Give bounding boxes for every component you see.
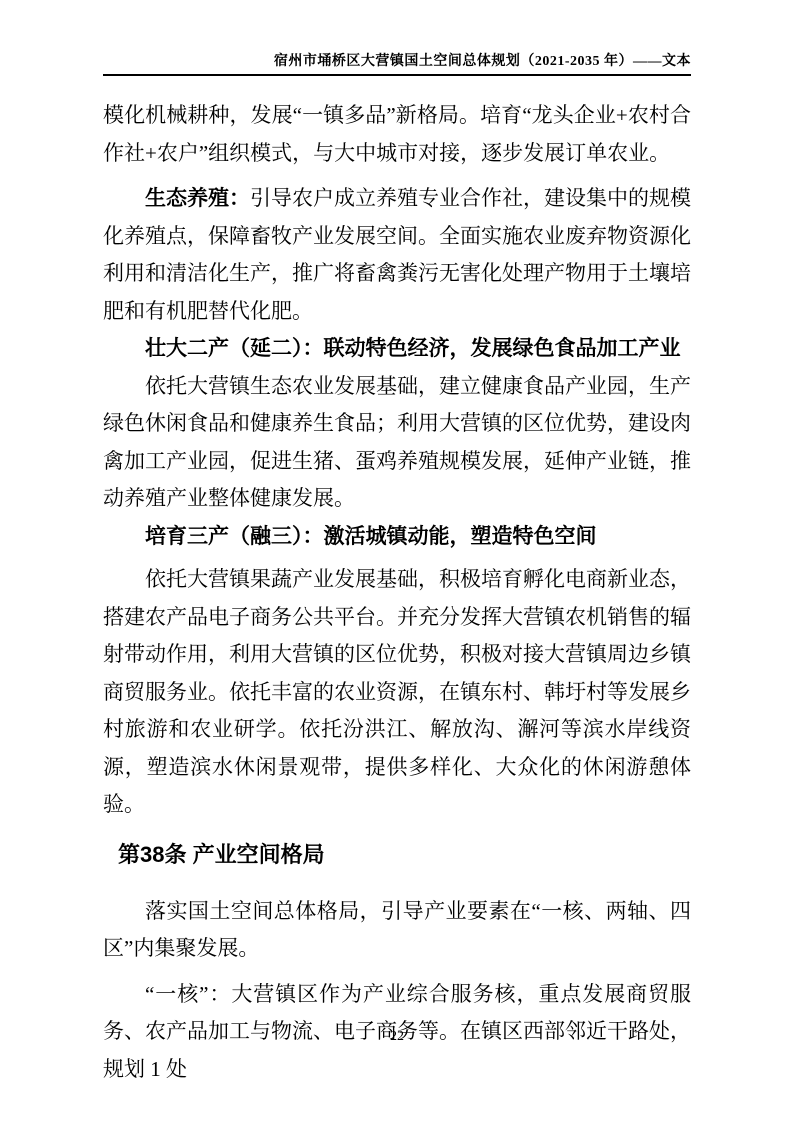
page-header: 宿州市埇桥区大营镇国土空间总体规划（2021-2035 年）——文本 bbox=[103, 0, 691, 76]
header-title: 宿州市埇桥区大营镇国土空间总体规划（2021-2035 年）——文本 bbox=[274, 54, 691, 69]
text-run: 落实国土空间总体格局，引导产业要素在“一核、两轴、四区”内集聚发展。 bbox=[103, 899, 691, 961]
paragraph: 生态养殖：引导农户成立养殖专业合作社，建设集中的规模化养殖点，保障畜牧产业发展空… bbox=[103, 180, 691, 330]
document-page: 宿州市埇桥区大营镇国土空间总体规划（2021-2035 年）——文本 模化机械耕… bbox=[0, 0, 794, 1123]
paragraph: 依托大营镇生态农业发展基础，建立健康食品产业园，生产绿色休闲食品和健康养生食品；… bbox=[103, 368, 691, 518]
bold-text-run: 培育三产（融三）：激活城镇动能，塑造特色空间 bbox=[145, 525, 597, 548]
paragraph: 依托大营镇果蔬产业发展基础，积极培育孵化电商新业态，搭建农产品电子商务公共平台。… bbox=[103, 561, 691, 824]
text-run: 依托大营镇果蔬产业发展基础，积极培育孵化电商新业态，搭建农产品电子商务公共平台。… bbox=[103, 567, 691, 816]
text-run: 模化机械耕种，发展“一镇多品”新格局。培育“龙头企业+农村合作社+农户”组织模式… bbox=[103, 103, 691, 165]
document-body: 模化机械耕种，发展“一镇多品”新格局。培育“龙头企业+农村合作社+农户”组织模式… bbox=[103, 77, 691, 1088]
bold-text-run: 第38条 产业空间格局 bbox=[118, 842, 325, 867]
page-number: 22 bbox=[390, 1029, 404, 1044]
heading: 第38条 产业空间格局 bbox=[103, 835, 691, 875]
heading: 培育三产（融三）：激活城镇动能，塑造特色空间 bbox=[103, 518, 691, 556]
bold-text-run: 生态养殖： bbox=[145, 187, 250, 210]
text-run: 依托大营镇生态农业发展基础，建立健康食品产业园，生产绿色休闲食品和健康养生食品；… bbox=[103, 374, 691, 511]
bold-text-run: 壮大二产（延二）：联动特色经济，发展绿色食品加工产业 bbox=[145, 337, 681, 360]
paragraph: 落实国土空间总体格局，引导产业要素在“一核、两轴、四区”内集聚发展。 bbox=[103, 893, 691, 968]
heading: 壮大二产（延二）：联动特色经济，发展绿色食品加工产业 bbox=[103, 330, 691, 368]
page-footer: 22 bbox=[0, 1028, 794, 1046]
paragraph: 模化机械耕种，发展“一镇多品”新格局。培育“龙头企业+农村合作社+农户”组织模式… bbox=[103, 97, 691, 172]
